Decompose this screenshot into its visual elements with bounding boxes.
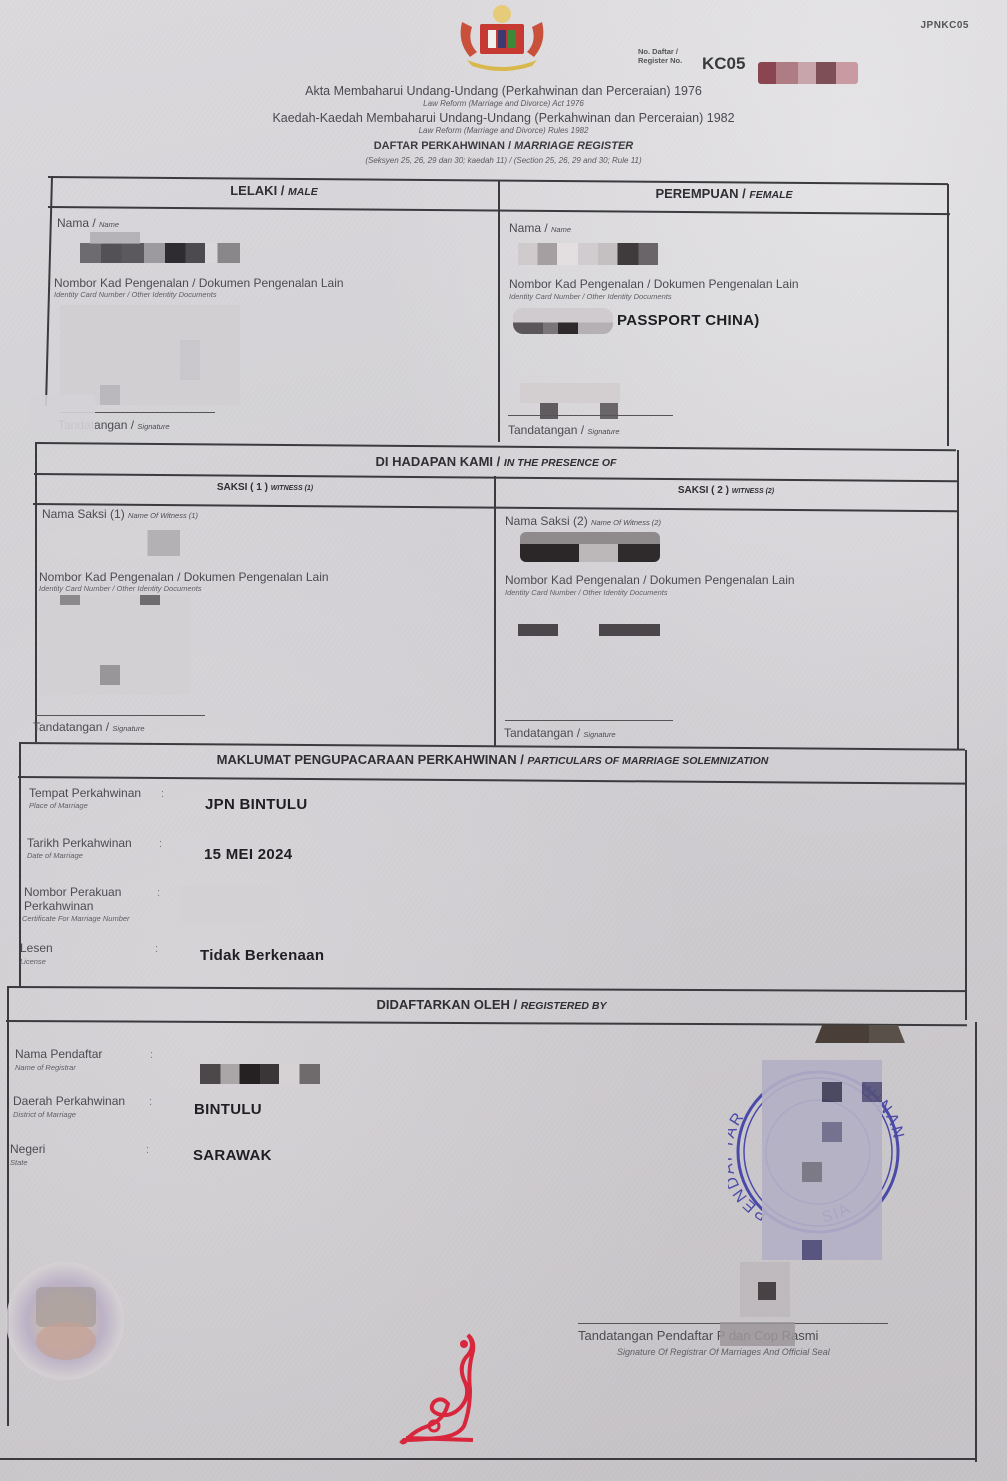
male-name-label: Nama / Name <box>57 216 119 230</box>
certificate-number-label: Nombor Perakuan Perkahwinan <box>24 885 144 913</box>
date-of-marriage-sublabel: Date of Marriage <box>27 851 83 860</box>
redacted-registrar-name <box>200 1064 320 1084</box>
registrar-signature-sublabel: Signature Of Registrar Of Marriages And … <box>617 1347 830 1357</box>
witness1-signature-label: Tandatangan / Signature <box>33 720 145 734</box>
female-signature-line <box>508 415 673 416</box>
witness2-title: SAKSI ( 2 ) WITNESS (2) <box>496 485 956 496</box>
redacted-female-signature <box>520 383 620 419</box>
license-label: Lesen <box>20 941 53 955</box>
witness2-name-label: Nama Saksi (2) Name Of Witness (2) <box>505 514 661 528</box>
redacted-witness2-name <box>520 532 660 562</box>
date-of-marriage-label: Tarikh Perkahwinan <box>27 836 132 850</box>
colon: : <box>157 887 160 899</box>
district-value: BINTULU <box>194 1101 262 1118</box>
redacted-female-name <box>518 243 658 265</box>
document-page: JPNKC05 No. Daftar / Register No. KC05 A… <box>0 0 1007 1481</box>
date-of-marriage-value: 15 MEI 2024 <box>204 846 292 863</box>
district-sublabel: District of Marriage <box>13 1110 76 1119</box>
act-title-ms: Akta Membaharui Undang-Undang (Perkahwin… <box>0 84 1007 98</box>
redaction-fragment <box>90 232 140 244</box>
redacted-witness1-name <box>50 530 180 556</box>
female-id-value: PASSPORT CHINA) <box>617 312 760 329</box>
register-no-value: KC05 <box>702 54 745 74</box>
witness1-name-label: Nama Saksi (1) Name Of Witness (1) <box>42 507 198 521</box>
colon: : <box>155 943 158 955</box>
female-id-sublabel: Identity Card Number / Other Identity Do… <box>509 292 672 301</box>
redacted-witness1-id <box>40 595 190 695</box>
witnesses-section-title: DI HADAPAN KAMI / IN THE PRESENCE OF <box>36 454 956 469</box>
redacted-register-number <box>758 62 858 84</box>
colon: : <box>159 838 162 850</box>
place-of-marriage-value: JPN BINTULU <box>205 796 307 813</box>
colon: : <box>146 1144 149 1156</box>
witness1-id-label: Nombor Kad Pengenalan / Dokumen Pengenal… <box>39 570 329 584</box>
male-section-title: LELAKI / MALE <box>50 183 498 198</box>
certificate-number-sublabel: Certificate For Marriage Number <box>22 914 130 923</box>
redacted-male-id <box>60 305 240 405</box>
witness2-id-sublabel: Identity Card Number / Other Identity Do… <box>505 588 668 597</box>
redaction-fragment <box>815 1025 905 1043</box>
hologram-emblem <box>6 1262 124 1380</box>
redacted-certificate-number <box>180 885 280 923</box>
registration-section-title: DIDAFTARKAN OLEH / REGISTERED BY <box>8 997 975 1012</box>
female-signature-label: Tandatangan / Signature <box>508 423 620 437</box>
license-value: Tidak Berkenaan <box>200 947 324 964</box>
redaction-fragment <box>720 1322 795 1346</box>
colon: : <box>149 1096 152 1108</box>
register-no-label: No. Daftar / Register No. <box>638 47 682 65</box>
witness2-id-label: Nombor Kad Pengenalan / Dokumen Pengenal… <box>505 573 795 587</box>
state-value: SARAWAK <box>193 1147 272 1164</box>
registrar-name-sublabel: Name of Registrar <box>15 1063 76 1072</box>
place-of-marriage-label: Tempat Perkahwinan <box>29 786 141 800</box>
sections-reference: (Seksyen 25, 26, 29 dan 30; kaedah 11) /… <box>0 156 1007 165</box>
register-title: DAFTAR PERKAHWINAN / MARRIAGE REGISTER <box>0 140 1007 152</box>
colon: : <box>150 1049 153 1061</box>
male-id-sublabel: Identity Card Number / Other Identity Do… <box>54 290 217 299</box>
state-sublabel: State <box>10 1158 28 1167</box>
female-id-label: Nombor Kad Pengenalan / Dokumen Pengenal… <box>509 277 799 291</box>
rules-title-en: Law Reform (Marriage and Divorce) Rules … <box>0 126 1007 135</box>
redacted-male-name <box>80 243 240 263</box>
witness1-signature-line <box>35 715 205 716</box>
redacted-witness2-id <box>518 624 660 636</box>
act-title-en: Law Reform (Marriage and Divorce) Act 19… <box>0 99 1007 108</box>
district-label: Daerah Perkahwinan <box>13 1094 125 1108</box>
coat-of-arms-icon <box>452 2 552 72</box>
witness1-title: SAKSI ( 1 ) WITNESS (1) <box>36 482 494 493</box>
solemnization-section-title: MAKLUMAT PENGUPACARAAN PERKAHWINAN / PAR… <box>20 752 965 767</box>
witness2-signature-label: Tandatangan / Signature <box>504 726 616 740</box>
redacted-female-id <box>513 308 613 334</box>
redacted-seal-signature <box>762 1060 882 1260</box>
witness1-id-sublabel: Identity Card Number / Other Identity Do… <box>39 584 202 593</box>
witness2-signature-line <box>505 720 673 721</box>
female-name-label: Nama / Name <box>509 221 571 235</box>
form-code: JPNKC05 <box>920 20 969 31</box>
rules-title-ms: Kaedah-Kaedah Membaharui Undang-Undang (… <box>0 111 1007 125</box>
female-section-title: PEREMPUAN / FEMALE <box>500 186 948 201</box>
ornament-icon <box>398 1330 478 1448</box>
license-sublabel: License <box>20 957 46 966</box>
colon: : <box>161 788 164 800</box>
redaction-fragment <box>30 395 95 433</box>
redaction-fragment <box>740 1262 790 1317</box>
male-id-label: Nombor Kad Pengenalan / Dokumen Pengenal… <box>54 276 344 290</box>
registrar-name-label: Nama Pendaftar <box>15 1047 102 1061</box>
place-of-marriage-sublabel: Place of Marriage <box>29 801 88 810</box>
state-label: Negeri <box>10 1142 45 1156</box>
